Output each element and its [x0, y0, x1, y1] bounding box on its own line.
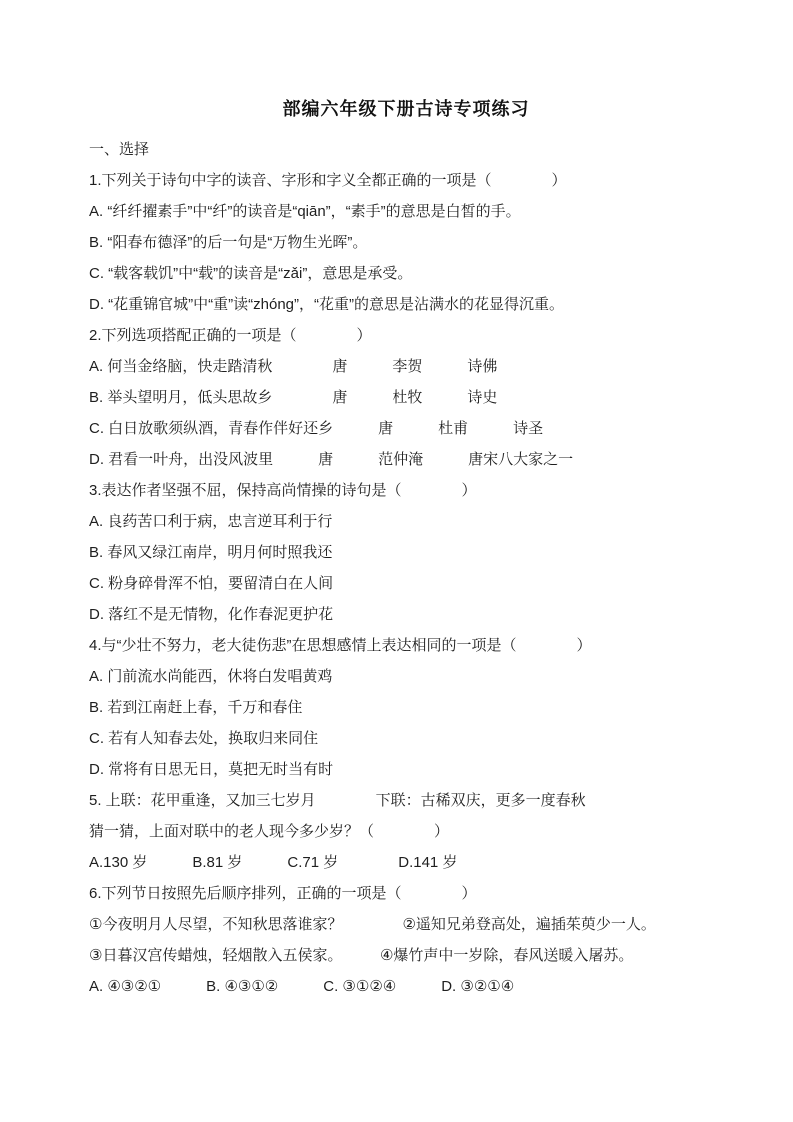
- question-option: A. 何当金络脑，快走踏清秋 唐 李贺 诗佛: [89, 351, 723, 382]
- question-option: B. 举头望明月，低头思故乡 唐 杜牧 诗史: [89, 382, 723, 413]
- question-option: B. 若到江南赶上春，千万和春住: [89, 692, 723, 723]
- numbered-item: ③日暮汉宫传蜡烛，轻烟散入五侯家。 ④爆竹声中一岁除，春风送暖入屠苏。: [89, 940, 723, 971]
- options-row: A.130 岁 B.81 岁 C.71 岁 D.141 岁: [89, 847, 723, 878]
- question-stem: 6.下列节日按照先后顺序排列，正确的一项是（ ）: [89, 878, 723, 909]
- question-option: A. 良药苦口利于病，忠言逆耳利于行: [89, 506, 723, 537]
- question-option: B. 春风又绿江南岸，明月何时照我还: [89, 537, 723, 568]
- question-option: A. “纤纤擢素手”中“纤”的读音是“qiān”，“素手”的意思是白皙的手。: [89, 196, 723, 227]
- question-stem: 3.表达作者坚强不屈，保持高尚情操的诗句是（ ）: [89, 475, 723, 506]
- question-text: 猜一猜，上面对联中的老人现今多少岁？（ ）: [89, 816, 723, 847]
- question-option: D. 落红不是无情物，化作春泥更护花: [89, 599, 723, 630]
- question-option: D. 君看一叶舟，出没风波里 唐 范仲淹 唐宋八大家之一: [89, 444, 723, 475]
- question-stem: 1.下列关于诗句中字的读音、字形和字义全都正确的一项是（ ）: [89, 165, 723, 196]
- question-option: B. “阳春布德泽”的后一句是“万物生光晖”。: [89, 227, 723, 258]
- question-option: C. “载客载饥”中“载”的读音是“zǎi”，意思是承受。: [89, 258, 723, 289]
- question-option: D. “花重锦官城”中“重”读“zhóng”，“花重”的意思是沾满水的花显得沉重…: [89, 289, 723, 320]
- document-title: 部编六年级下册古诗专项练习: [89, 94, 723, 124]
- options-row: A. ④③②① B. ④③①② C. ③①②④ D. ③②①④: [89, 971, 723, 1002]
- question-stem: 4.与“少壮不努力，老大徒伤悲”在思想感情上表达相同的一项是（ ）: [89, 630, 723, 661]
- worksheet-page: 部编六年级下册古诗专项练习 一、选择 1.下列关于诗句中字的读音、字形和字义全都…: [0, 0, 793, 1122]
- question-option: C. 白日放歌须纵酒，青春作伴好还乡 唐 杜甫 诗圣: [89, 413, 723, 444]
- section-heading: 一、选择: [89, 134, 723, 165]
- questions-container: 1.下列关于诗句中字的读音、字形和字义全都正确的一项是（ ）A. “纤纤擢素手”…: [89, 165, 723, 1002]
- question-option: A. 门前流水尚能西，休将白发唱黄鸡: [89, 661, 723, 692]
- question-stem: 5. 上联：花甲重逢，又加三七岁月 下联：古稀双庆，更多一度春秋: [89, 785, 723, 816]
- numbered-item: ①今夜明月人尽望，不知秋思落谁家？ ②遥知兄弟登高处，遍插茱萸少一人。: [89, 909, 723, 940]
- question-stem: 2.下列选项搭配正确的一项是（ ）: [89, 320, 723, 351]
- question-option: C. 粉身碎骨浑不怕，要留清白在人间: [89, 568, 723, 599]
- question-option: D. 常将有日思无日，莫把无时当有时: [89, 754, 723, 785]
- question-option: C. 若有人知春去处，换取归来同住: [89, 723, 723, 754]
